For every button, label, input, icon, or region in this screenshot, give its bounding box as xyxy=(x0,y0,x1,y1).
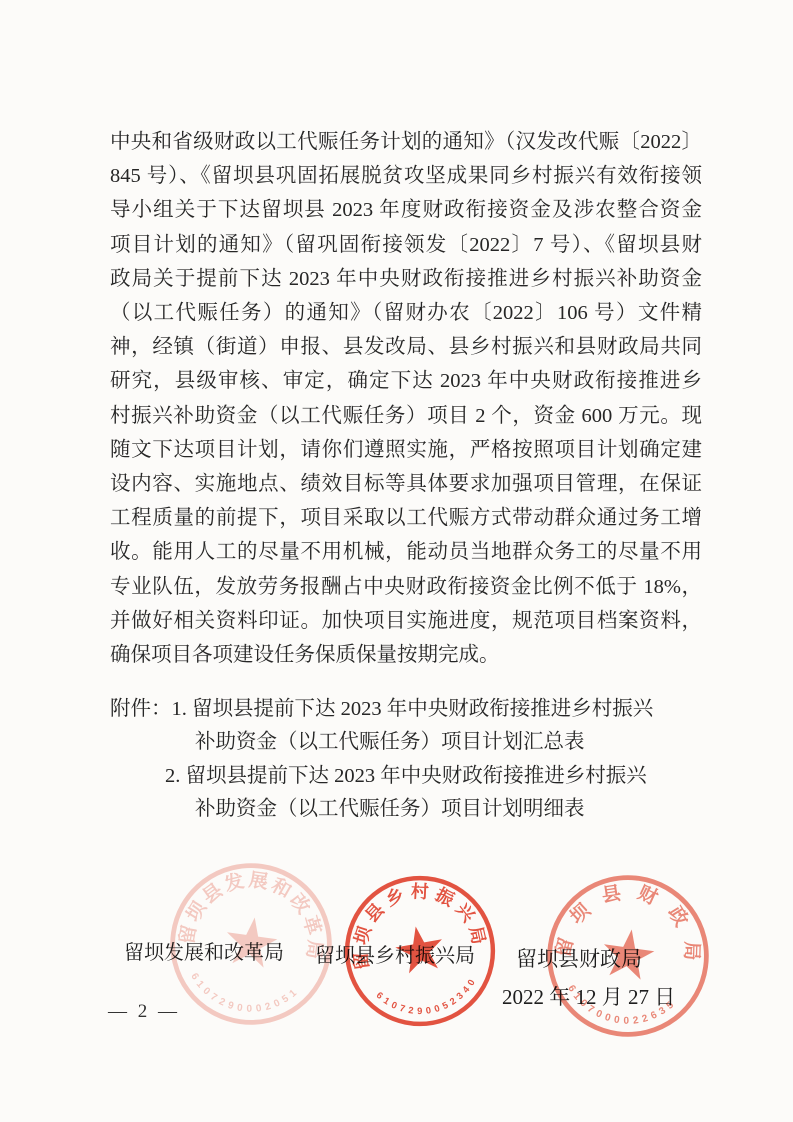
official-seal: 留坝县乡村振兴局 6107290052340 xyxy=(326,858,513,1044)
official-seal: 留坝县财政局 6107000022635 xyxy=(530,859,726,1054)
seal-star-icon xyxy=(600,926,657,981)
seal-star-icon xyxy=(223,914,280,969)
attachment-item: 附件：1. 留坝县提前下达 2023 年中央财政衔接推进乡村振兴 xyxy=(110,693,702,726)
body-text-line: 845 号）、《留坝县巩固拓展脱贫攻坚成果同乡村振兴有效衔接领 xyxy=(110,159,702,193)
body-text-line: 神，经镇（街道）申报、县发改局、县乡村振兴和县财政局共同 xyxy=(110,330,702,364)
body-text-line: 收。能用人工的尽量不用机械，能动员当地群众务工的尽量不用 xyxy=(110,535,702,569)
body-text-line: 中央和省级财政以工代赈任务计划的通知》（汉发改代赈〔2022〕 xyxy=(110,125,702,159)
body-text-line: 项目计划的通知》（留巩固衔接领发〔2022〕7 号）、《留坝县财 xyxy=(110,228,702,262)
body-text-line: （以工代赈任务）的通知》（留财办农〔2022〕106 号）文件精 xyxy=(110,296,702,330)
body-text-line: 工程质量的前提下，项目采取以工代赈方式带动群众通过务工增 xyxy=(110,501,702,535)
attachment-item: 补助资金（以工代赈任务）项目计划明细表 xyxy=(110,793,702,826)
attachment-item: 2. 留坝县提前下达 2023 年中央财政衔接推进乡村振兴 xyxy=(110,760,702,793)
attachment-item: 补助资金（以工代赈任务）项目计划汇总表 xyxy=(110,726,702,759)
body-text-line: 村振兴补助资金（以工代赈任务）项目 2 个，资金 600 万元。现 xyxy=(110,399,702,433)
body-text-line: 专业队伍，发放劳务报酬占中央财政衔接资金比例不低于 18%， xyxy=(110,570,702,604)
body-text-line: 设内容、实施地点、绩效目标等具体要求加强项目管理，在保证 xyxy=(110,467,702,501)
body-text-line: 导小组关于下达留坝县 2023 年度财政衔接资金及涉农整合资金 xyxy=(110,193,702,227)
seal-star-icon xyxy=(392,922,446,975)
body-paragraph: 中央和省级财政以工代赈任务计划的通知》（汉发改代赈〔2022〕 845 号）、《… xyxy=(110,125,702,672)
official-seal: 留坝县发展和改革局 6107290002051 xyxy=(152,847,350,1042)
body-text-line: 并做好相关资料印证。加快项目实施进度，规范项目档案资料， xyxy=(110,604,702,638)
body-text-line: 随文下达项目计划，请你们遵照实施，严格按照项目计划确定建 xyxy=(110,433,702,467)
document-page: 中央和省级财政以工代赈任务计划的通知》（汉发改代赈〔2022〕 845 号）、《… xyxy=(0,0,793,1122)
body-text-line: 研究，县级审核、审定，确定下达 2023 年中央财政衔接推进乡 xyxy=(110,364,702,398)
attachments-list: 附件：1. 留坝县提前下达 2023 年中央财政衔接推进乡村振兴 补助资金（以工… xyxy=(110,693,702,827)
body-text-line: 政局关于提前下达 2023 年中央财政衔接推进乡村振兴补助资金 xyxy=(110,262,702,296)
body-text-line: 确保项目各项建设任务保质保量按期完成。 xyxy=(110,638,702,672)
